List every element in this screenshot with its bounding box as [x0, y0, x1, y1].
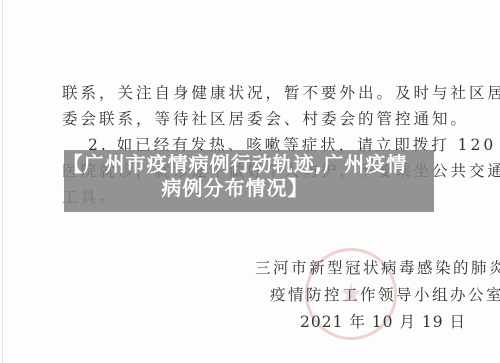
overlay-title: 【广州市疫情病例行动轨迹,广州疫情 病例分布情况】	[0, 152, 500, 200]
signature-org-line2: 疫情防控工作领导小组办公室	[270, 286, 500, 304]
body-text-line: 联系，关注自身健康状况，暂不要外出。及时与社区居委会、村	[62, 84, 500, 102]
signature-date: 2021 年 10 月 19 日	[300, 313, 466, 331]
body-text-line: 委会联系，等待社区居委会、村委会的管控通知。	[62, 110, 469, 128]
overlay-title-line2: 病例分布情况】	[0, 176, 500, 200]
document-page: 联系，关注自身健康状况，暂不要外出。及时与社区居委会、村 委会联系，等待社区居委…	[0, 0, 500, 363]
overlay-title-line1: 【广州市疫情病例行动轨迹,广州疫情	[0, 152, 500, 176]
signature-org-line1: 三河市新型冠状病毒感染的肺炎	[255, 259, 500, 277]
